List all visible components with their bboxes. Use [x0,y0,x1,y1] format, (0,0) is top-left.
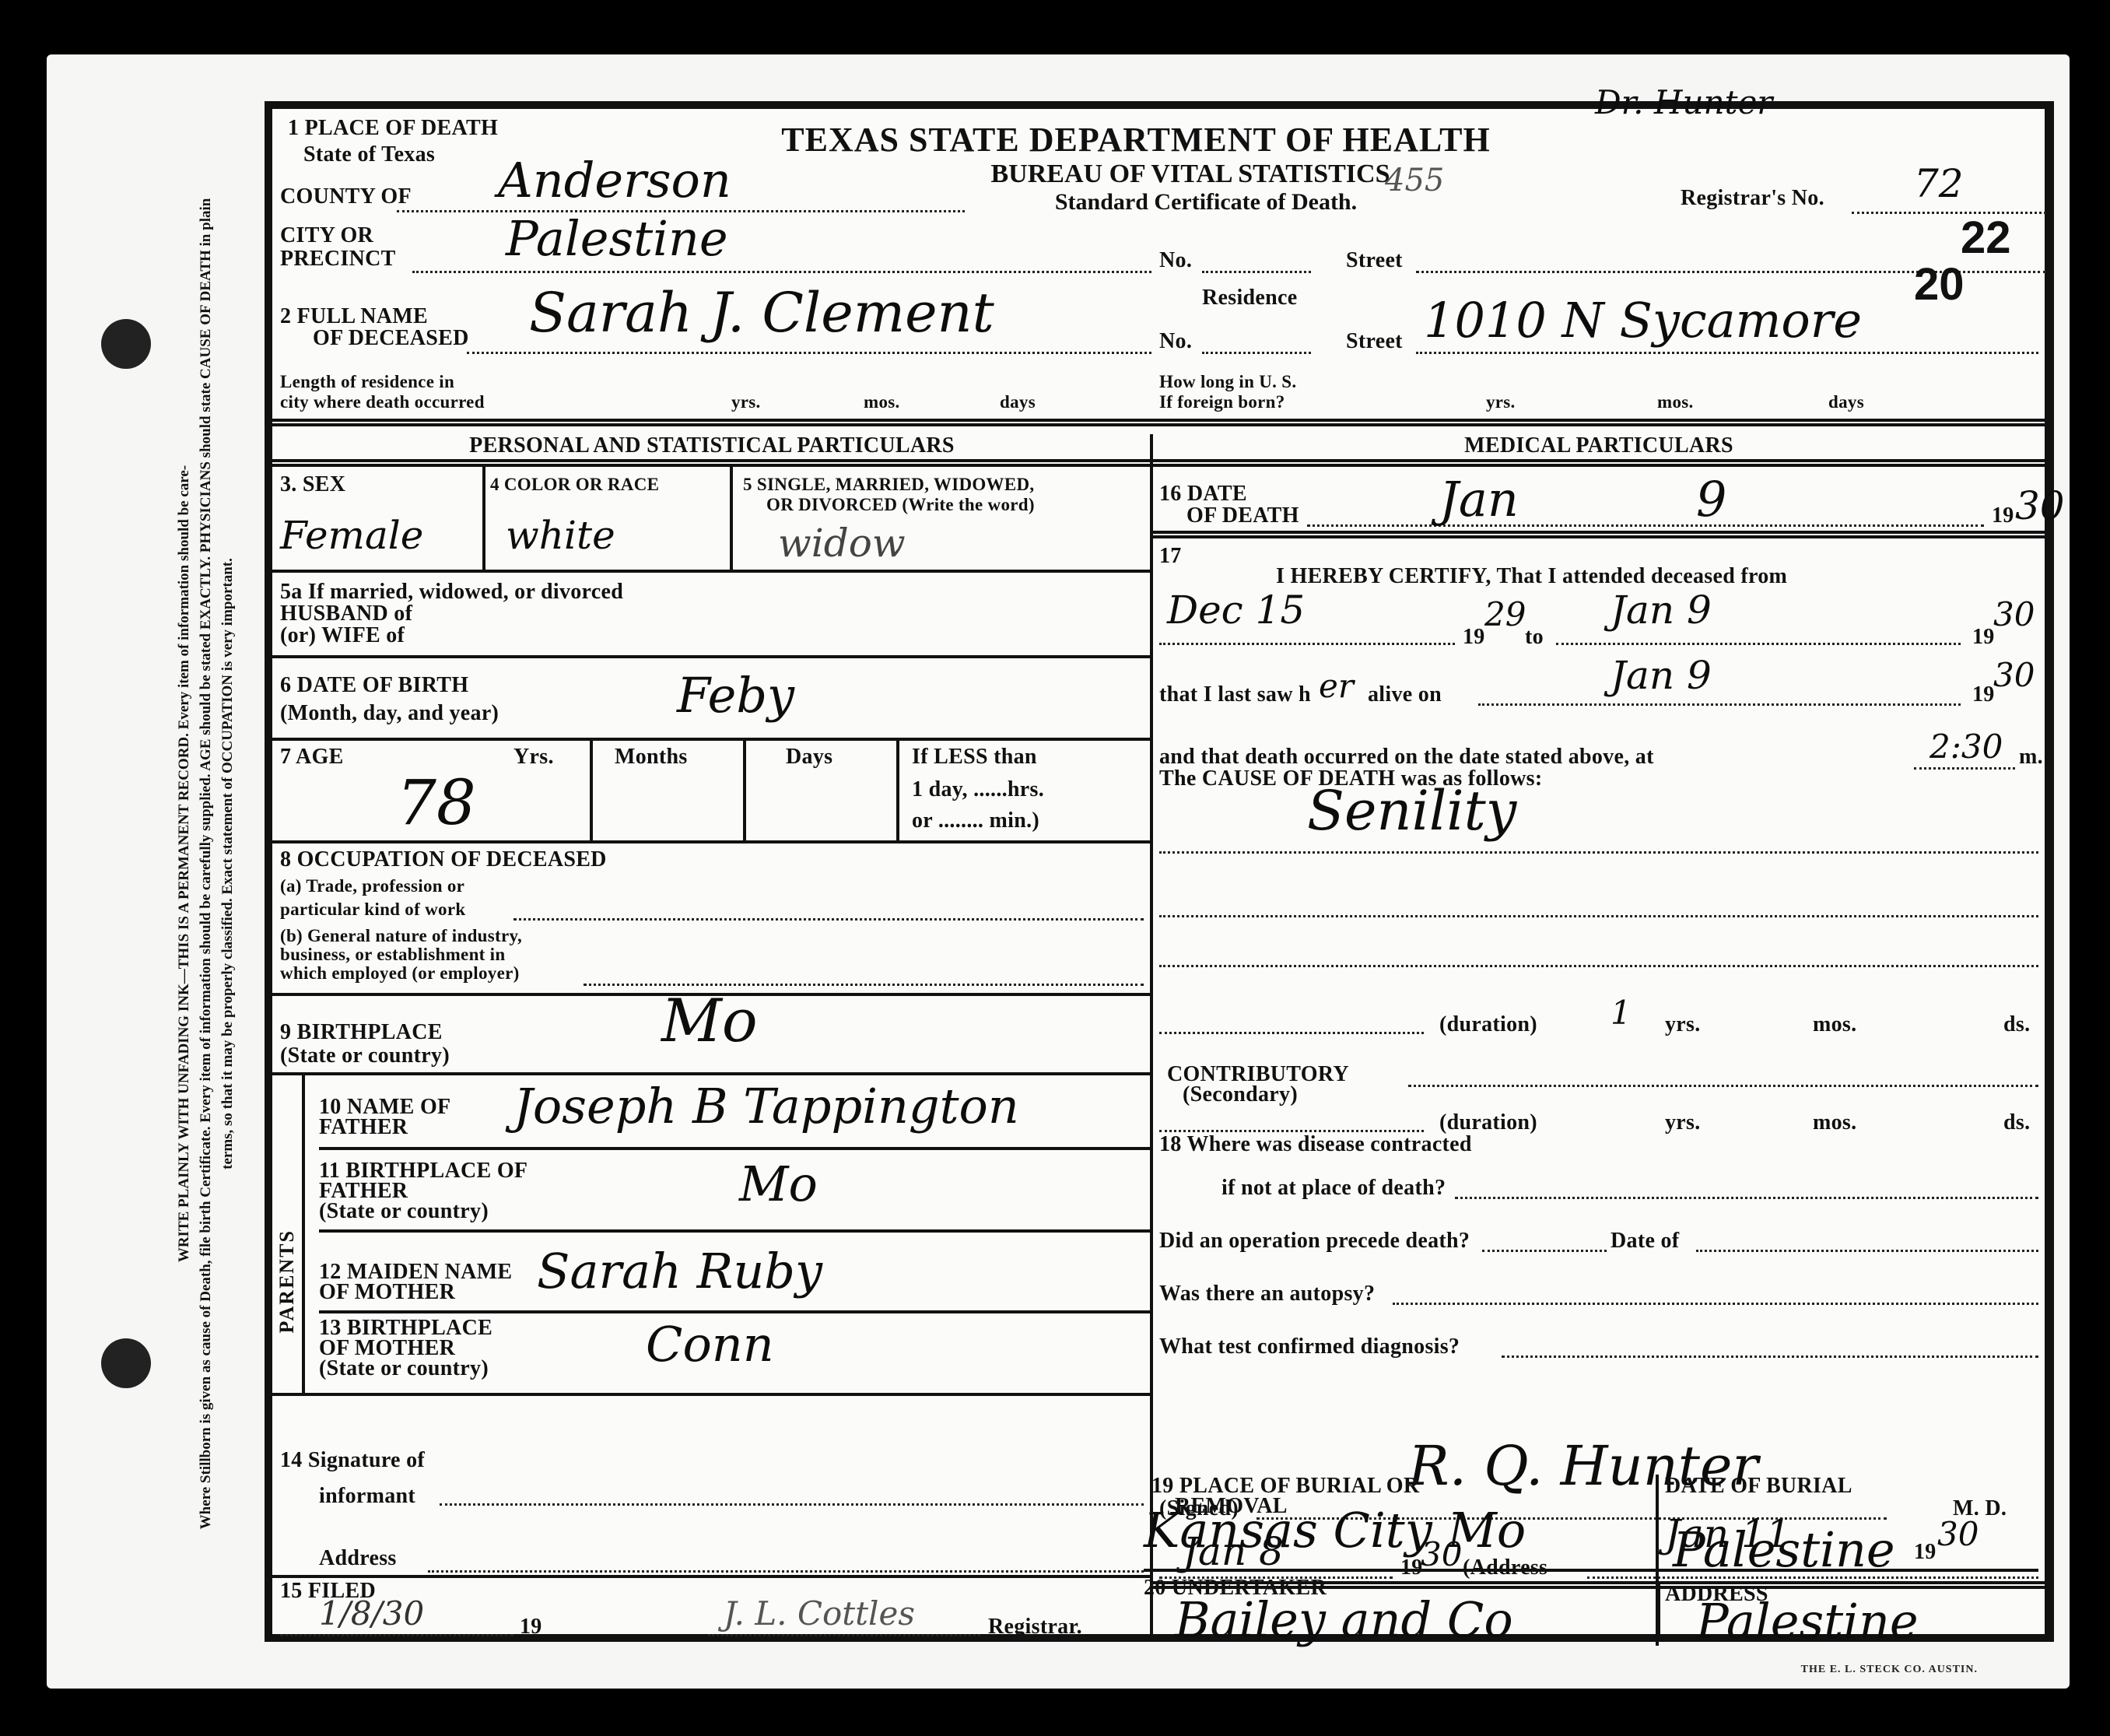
city-label-1: CITY OR [280,224,373,247]
date-death-19: 19 [1992,504,2014,528]
age-days-divider [896,741,899,840]
burial-vertical-divider [1656,1475,1659,1646]
filed-19-label: 19 [520,1615,542,1639]
section-divider-bottom [272,459,2046,467]
contributory-label-2: (Secondary) [1183,1083,1298,1106]
birthplace-label-1: 9 BIRTHPLACE [280,1021,443,1044]
item-17-label: 17 [1159,545,1182,568]
spouse-label-1: 5a If married, widowed, or divorced [280,580,623,604]
last-saw-19: 19 [1972,683,1995,707]
parents-label: PARENTS [275,1229,299,1333]
rule-after-burial-place [1144,1569,2038,1572]
column-divider [1150,434,1153,1642]
undertaker-value: Bailey and Co [1175,1595,1513,1645]
last-saw-year: 30 [1993,658,2035,693]
mother-value: Sarah Ruby [537,1247,822,1296]
cause-line-2 [1159,915,2038,917]
burial-year: 30 [1937,1517,1979,1552]
last-saw-label-1: that I last saw h [1159,683,1311,707]
duration-2-label: (duration) [1439,1111,1537,1135]
full-name-line [467,352,1151,354]
burial-date-label: DATE OF BURIAL [1665,1475,1852,1498]
father-value: Joseph B Tappington [513,1082,1019,1131]
occupation-b-label-1: (b) General nature of industry, [280,926,522,946]
us-label-2: If foreign born? [1159,392,1285,412]
burial-date-value: Jan 11 [1665,1513,1791,1554]
age-yrs-label: Yrs. [513,745,554,769]
occupation-b-label-2: business, or establishment in [280,945,505,965]
birthplace-value: Mo [661,996,758,1046]
duration-1-mos: mos. [1813,1013,1856,1036]
occupation-a-label-1: (a) Trade, profession or [280,876,464,896]
death-time-value: 2:30 [1929,730,2003,764]
attended-from-19: 19 [1463,626,1485,649]
age-yrs-divider [590,741,593,840]
date-death-month: Jan [1439,475,1519,524]
marital-label-1: 5 SINGLE, MARRIED, WIDOWED, [743,475,1034,495]
attended-to-line [1556,643,1961,645]
length-residence-label-1: Length of residence in [280,372,454,392]
city-no-line [1202,271,1311,273]
last-saw-her: er [1319,669,1354,703]
residence-no-line [1202,352,1311,354]
birthplace-label-2: (State or country) [280,1044,450,1068]
top-annotation: Dr. Hunter [1595,86,1772,120]
father-bp-label-3: (State or country) [319,1200,489,1223]
rule-after-birthplace [272,1072,1150,1075]
filed-date-value: 1/8/30 [319,1597,424,1631]
color-value: white [506,515,615,556]
residence-no-label: No. [1159,330,1192,353]
sex-label: 3. SEX [280,473,345,496]
cause-line-1 [1159,851,2038,854]
duration-1-blank [1159,1032,1424,1034]
attended-to-19: 19 [1972,626,1995,649]
burial-place-value: Kansas City Mo [1144,1506,1526,1555]
file-number-pencil: 455 [1385,156,1444,205]
age-less-label-1: If LESS than [912,745,1037,769]
to-label: to [1525,626,1544,649]
age-less-label-3: or ........ min.) [912,809,1039,833]
registrar-no-line [1852,212,2046,214]
death-time-label: and that death occurred on the date stat… [1159,745,1654,769]
city-label-2: PRECINCT [280,247,396,271]
length-days-label: days [1000,392,1036,412]
bureau-title: BUREAU OF VITAL STATISTICS [817,160,1564,189]
dob-label-2: (Month, day, and year) [280,702,499,725]
age-less-label-2: 1 day, ......hrs. [912,778,1044,801]
occupation-label: 8 OCCUPATION OF DECEASED [280,848,607,872]
contracted-label-1: 18 Where was disease contracted [1159,1133,1472,1156]
department-title: TEXAS STATE DEPARTMENT OF HEALTH [708,120,1564,160]
us-label-1: How long in U. S. [1159,372,1296,392]
duration-1-label: (duration) [1439,1013,1537,1036]
rule-after-sex [272,570,1150,573]
residence-street-value: 1010 N Sycamore [1424,296,1862,345]
us-yrs-label: yrs. [1486,392,1516,412]
residence-street-line [1416,352,2038,354]
side-instructions: WRITE PLAINLY WITH UNFADING INK—THIS IS … [152,101,261,1626]
attended-to-year: 30 [1993,598,2035,632]
age-days-label: Days [786,745,832,769]
sex-value: Female [280,515,423,556]
medical-section-title: MEDICAL PARTICULARS [1151,434,2046,458]
certificate-type: Standard Certificate of Death. [848,189,1564,216]
section-divider-top [272,419,2046,426]
attended-from-value: Dec 15 [1167,590,1305,630]
marital-label-2: OR DIVORCED (Write the word) [766,495,1035,515]
mother-bp-value: Conn [646,1320,774,1370]
contracted-label-2: if not at place of death? [1221,1177,1446,1200]
rule-after-spouse [272,655,1150,658]
cause-value: Senility [1307,786,1516,836]
duration-2-yrs: yrs. [1665,1111,1701,1135]
spouse-label-2: HUSBAND of [280,602,412,626]
occupation-b-label-3: which employed (or employer) [280,963,520,984]
city-street-label: Street [1346,249,1403,272]
side-instruction-line-1: WRITE PLAINLY WITH UNFADING INK—THIS IS … [173,125,195,1603]
date-death-year: 30 [2015,486,2065,526]
us-mos-label: mos. [1657,392,1694,412]
last-saw-line [1478,703,1961,706]
county-label: COUNTY OF [280,185,412,209]
test-line [1502,1355,2038,1358]
informant-address-line [428,1570,1144,1573]
last-saw-value: Jan 9 [1611,655,1712,696]
informant-line [440,1503,1144,1506]
attended-from-year: 29 [1484,598,1526,632]
personal-section-title: PERSONAL AND STATISTICAL PARTICULARS [272,434,1151,458]
color-label: 4 COLOR OR RACE [490,475,659,495]
duration-1-yrs: yrs. [1665,1013,1701,1036]
residence-street-label: Street [1346,330,1403,353]
dob-label-1: 6 DATE OF BIRTH [280,674,468,697]
full-name-value: Sarah J. Clement [529,288,994,338]
burial-date-19: 19 [1914,1541,1937,1564]
father-label-2: FATHER [319,1116,408,1139]
punch-hole-top [101,319,151,369]
stamped-number-20: 20 [1914,258,1965,310]
city-line [412,271,1151,273]
length-mos-label: mos. [864,392,900,412]
age-label: 7 AGE [280,745,344,769]
side-instruction-line-2: Where Stillborn is given as cause of Dea… [195,125,217,1603]
us-days-label: days [1828,392,1864,412]
date-death-label-1: 16 DATE [1159,482,1247,506]
registrar-no-label: Registrar's No. [1681,187,1824,210]
residence-label: Residence [1202,286,1297,310]
duration-2-mos: mos. [1813,1111,1856,1135]
contributory-line [1408,1085,2038,1087]
printer-imprint: THE E. L. STECK CO. AUSTIN. [1801,1664,1978,1676]
operation-line [1482,1250,1607,1252]
informant-address-label: Address [319,1547,397,1570]
registrar-signature-line [708,1634,980,1636]
county-value: Anderson [498,156,731,205]
marital-value: widow [778,523,906,563]
mother-bp-label-3: (State or country) [319,1357,489,1380]
registrar-signature: J. L. Cottles [724,1597,915,1631]
rule-after-informant [272,1575,1150,1578]
operation-date-label: Date of [1611,1229,1679,1253]
filed-date-line [280,1634,513,1636]
registrar-no-value: 72 [1914,163,1964,204]
informant-label-2: informant [319,1485,415,1508]
attended-from-line [1159,643,1455,645]
spouse-label-3: (or) WIFE of [280,624,405,647]
death-certificate-form: 1 PLACE OF DEATH State of Texas COUNTY O… [265,101,2054,1642]
stamped-number-22: 22 [1961,212,2011,264]
punch-hole-bottom [101,1338,151,1388]
age-years-value: 78 [397,778,476,828]
dob-value: Feby [677,671,794,721]
informant-label-1: 14 Signature of [280,1449,425,1472]
rule-after-father [319,1147,1150,1150]
rule-after-date-death [1153,531,2046,538]
rule-after-father-bp [319,1229,1150,1233]
date-death-day: 9 [1696,475,1726,524]
length-residence-label-2: city where death occurred [280,392,485,412]
color-marital-divider [730,467,733,570]
age-months-label: Months [615,745,688,769]
occupation-a-line [513,918,1144,921]
cause-line-3 [1159,965,2038,967]
operation-label: Did an operation precede death? [1159,1229,1470,1253]
parents-divider [302,1075,305,1393]
death-time-m: m. [2019,745,2043,769]
rule-after-age [272,840,1150,843]
duration-1-ds: ds. [2003,1013,2030,1036]
sex-color-divider [482,467,485,570]
operation-date-line [1696,1250,2038,1252]
full-name-label-2: OF DECEASED [313,327,469,350]
physician-address-label: (Address [1463,1556,1547,1580]
certify-text: I HEREBY CERTIFY, That I attended deceas… [1276,565,1787,588]
last-saw-label-2: alive on [1368,683,1442,707]
test-label: What test confirmed diagnosis? [1159,1335,1460,1359]
autopsy-line [1393,1303,2038,1305]
death-time-line [1914,767,2015,770]
date-death-line [1307,524,1984,527]
length-yrs-label: yrs. [731,392,761,412]
age-months-divider [743,741,746,840]
signed-date-19: 19 [1400,1556,1423,1580]
duration-2-ds: ds. [2003,1111,2030,1135]
city-no-label: No. [1159,249,1192,272]
state-label: State of Texas [303,143,435,167]
full-name-label-1: 2 FULL NAME [280,305,428,328]
rule-after-parents [272,1393,1150,1396]
mother-label-2: OF MOTHER [319,1281,455,1304]
city-value: Palestine [506,214,728,264]
rule-after-mother [319,1310,1150,1313]
date-death-label-2: OF DEATH [1186,504,1299,528]
father-bp-value: Mo [739,1159,818,1209]
rule-after-dob [272,738,1150,741]
occupation-a-label-2: particular kind of work [280,900,465,920]
registrar-label: Registrar. [988,1615,1082,1639]
place-of-death-label: 1 PLACE OF DEATH [288,117,498,140]
side-instruction-line-3: terms, so that it may be properly classi… [217,125,239,1603]
autopsy-label: Was there an autopsy? [1159,1282,1375,1306]
undertaker-address-value: Palestine [1696,1597,1919,1647]
duration-1-years: 1 [1611,996,1632,1030]
contracted-line [1455,1197,2038,1199]
attended-to-value: Jan 9 [1611,590,1712,630]
